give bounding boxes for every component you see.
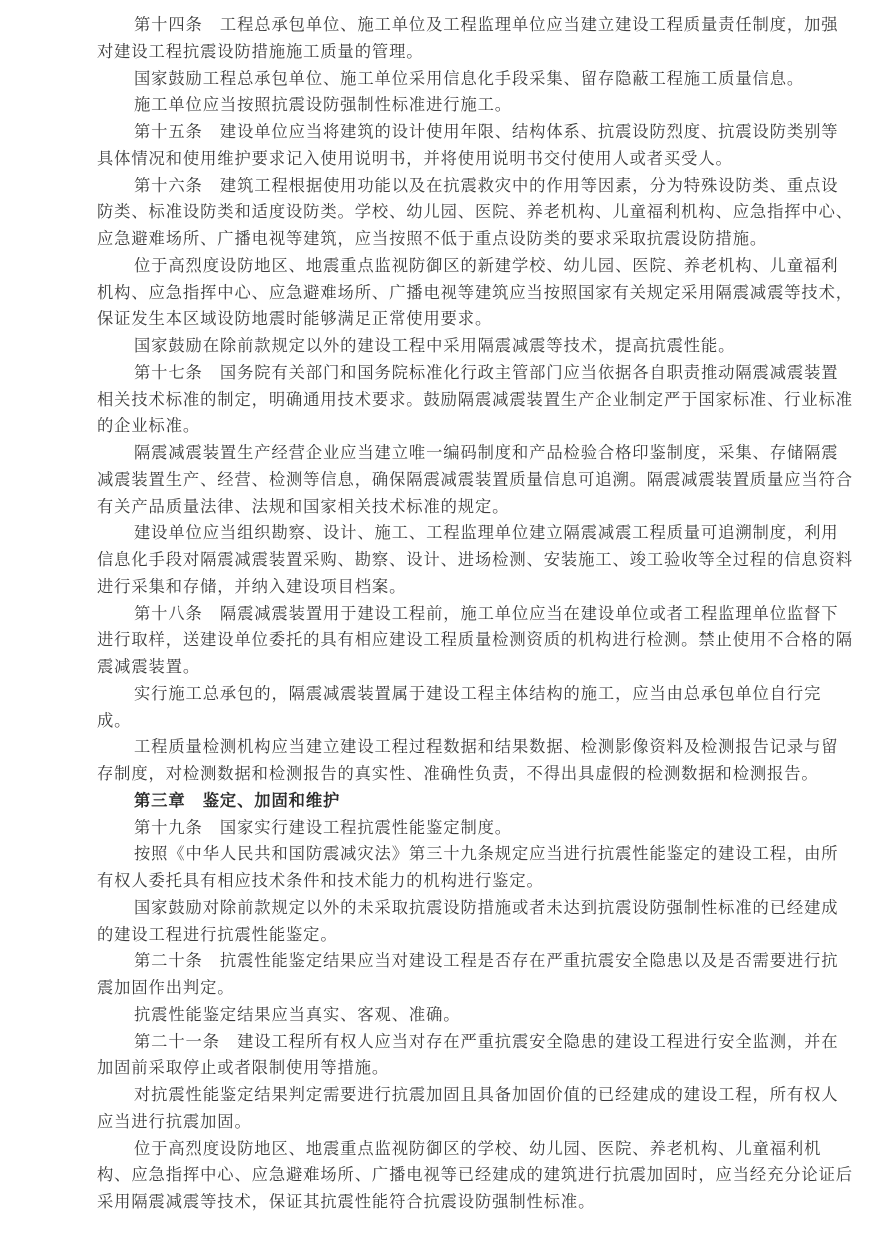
text-line: 减震装置生产、经营、检测等信息，确保隔震减震装置质量信息可追溯。隔震减震装置质量… <box>97 467 791 494</box>
text-line: 构、应急指挥中心、应急避难场所、广播电视等已经建成的建筑进行抗震加固时，应当经充… <box>97 1162 791 1189</box>
text-line: 位于高烈度设防地区、地震重点监视防御区的新建学校、幼儿园、医院、养老机构、儿童福… <box>97 253 791 280</box>
text-line: 震加固作出判定。 <box>97 975 791 1002</box>
text-line: 应急避难场所、广播电视等建筑，应当按照不低于重点设防类的要求采取抗震设防措施。 <box>97 226 791 253</box>
paragraph: 第十四条 工程总承包单位、施工单位及工程监理单位应当建立建设工程质量责任制度，加… <box>97 12 791 66</box>
paragraph: 国家鼓励在除前款规定以外的建设工程中采用隔震减震等技术，提高抗震性能。 <box>97 333 791 360</box>
text-line: 的企业标准。 <box>97 413 791 440</box>
text-line: 位于高烈度设防地区、地震重点监视防御区的学校、幼儿园、医院、养老机构、儿童福利机 <box>97 1136 791 1163</box>
paragraph: 第十八条 隔震减震装置用于建设工程前，施工单位应当在建设单位或者工程监理单位监督… <box>97 601 791 681</box>
text-line: 国家鼓励对除前款规定以外的未采取抗震设防措施或者未达到抗震设防强制性标准的已经建… <box>97 895 791 922</box>
text-line: 成。 <box>97 708 791 735</box>
paragraph: 第二十一条 建设工程所有权人应当对存在严重抗震安全隐患的建设工程进行安全监测，并… <box>97 1029 791 1083</box>
text-line: 第十八条 隔震减震装置用于建设工程前，施工单位应当在建设单位或者工程监理单位监督… <box>97 601 791 628</box>
paragraph: 第二十条 抗震性能鉴定结果应当对建设工程是否存在严重抗震安全隐患以及是否需要进行… <box>97 948 791 1002</box>
paragraph: 第十六条 建筑工程根据使用功能以及在抗震救灾中的作用等因素，分为特殊设防类、重点… <box>97 173 791 253</box>
text-line: 隔震减震装置生产经营企业应当建立唯一编码制度和产品检验合格印鉴制度，采集、存储隔… <box>97 440 791 467</box>
text-line: 第十六条 建筑工程根据使用功能以及在抗震救灾中的作用等因素，分为特殊设防类、重点… <box>97 173 791 200</box>
document-page: 第十四条 工程总承包单位、施工单位及工程监理单位应当建立建设工程质量责任制度，加… <box>97 12 791 1216</box>
text-line: 国家鼓励工程总承包单位、施工单位采用信息化手段采集、留存隐蔽工程施工质量信息。 <box>97 66 791 93</box>
text-line: 国家鼓励在除前款规定以外的建设工程中采用隔震减震等技术，提高抗震性能。 <box>97 333 791 360</box>
text-line: 对建设工程抗震设防措施施工质量的管理。 <box>97 39 791 66</box>
paragraph: 工程质量检测机构应当建立建设工程过程数据和结果数据、检测影像资料及检测报告记录与… <box>97 734 791 788</box>
text-line: 第二十一条 建设工程所有权人应当对存在严重抗震安全隐患的建设工程进行安全监测，并… <box>97 1029 791 1056</box>
paragraph: 第十五条 建设单位应当将建筑的设计使用年限、结构体系、抗震设防烈度、抗震设防类别… <box>97 119 791 173</box>
text-line: 第二十条 抗震性能鉴定结果应当对建设工程是否存在严重抗震安全隐患以及是否需要进行… <box>97 948 791 975</box>
text-line: 的建设工程进行抗震性能鉴定。 <box>97 922 791 949</box>
text-line: 实行施工总承包的，隔震减震装置属于建设工程主体结构的施工，应当由总承包单位自行完 <box>97 681 791 708</box>
text-line: 抗震性能鉴定结果应当真实、客观、准确。 <box>97 1002 791 1029</box>
text-line: 第十九条 国家实行建设工程抗震性能鉴定制度。 <box>97 815 791 842</box>
text-line: 按照《中华人民共和国防震减灾法》第三十九条规定应当进行抗震性能鉴定的建设工程，由… <box>97 841 791 868</box>
paragraph: 建设单位应当组织勘察、设计、施工、工程监理单位建立隔震减震工程质量可追溯制度，利… <box>97 520 791 600</box>
text-line: 工程质量检测机构应当建立建设工程过程数据和结果数据、检测影像资料及检测报告记录与… <box>97 734 791 761</box>
text-line: 信息化手段对隔震减震装置采购、勘察、设计、进场检测、安装施工、竣工验收等全过程的… <box>97 547 791 574</box>
text-line: 第十七条 国务院有关部门和国务院标准化行政主管部门应当依据各自职责推动隔震减震装… <box>97 360 791 387</box>
text-line: 震减震装置。 <box>97 654 791 681</box>
text-line: 施工单位应当按照抗震设防强制性标准进行施工。 <box>97 92 791 119</box>
text-line: 第十四条 工程总承包单位、施工单位及工程监理单位应当建立建设工程质量责任制度，加… <box>97 12 791 39</box>
text-line: 第十五条 建设单位应当将建筑的设计使用年限、结构体系、抗震设防烈度、抗震设防类别… <box>97 119 791 146</box>
chapter-heading: 第三章 鉴定、加固和维护 <box>97 788 791 815</box>
paragraph: 第十九条 国家实行建设工程抗震性能鉴定制度。 <box>97 815 791 842</box>
paragraph: 第十七条 国务院有关部门和国务院标准化行政主管部门应当依据各自职责推动隔震减震装… <box>97 360 791 440</box>
text-line: 相关技术标准的制定，明确通用技术要求。鼓励隔震减震装置生产企业制定严于国家标准、… <box>97 387 791 414</box>
text-line: 建设单位应当组织勘察、设计、施工、工程监理单位建立隔震减震工程质量可追溯制度，利… <box>97 520 791 547</box>
paragraph: 位于高烈度设防地区、地震重点监视防御区的新建学校、幼儿园、医院、养老机构、儿童福… <box>97 253 791 333</box>
text-line: 进行取样，送建设单位委托的具有相应建设工程质量检测资质的机构进行检测。禁止使用不… <box>97 627 791 654</box>
text-line: 应当进行抗震加固。 <box>97 1109 791 1136</box>
paragraph: 施工单位应当按照抗震设防强制性标准进行施工。 <box>97 92 791 119</box>
paragraph: 对抗震性能鉴定结果判定需要进行抗震加固且具备加固价值的已经建成的建设工程，所有权… <box>97 1082 791 1136</box>
text-line: 有关产品质量法律、法规和国家相关技术标准的规定。 <box>97 494 791 521</box>
text-line: 对抗震性能鉴定结果判定需要进行抗震加固且具备加固价值的已经建成的建设工程，所有权… <box>97 1082 791 1109</box>
text-line: 存制度，对检测数据和检测报告的真实性、准确性负责，不得出具虚假的检测数据和检测报… <box>97 761 791 788</box>
paragraph: 国家鼓励对除前款规定以外的未采取抗震设防措施或者未达到抗震设防强制性标准的已经建… <box>97 895 791 949</box>
text-line: 具体情况和使用维护要求记入使用说明书，并将使用说明书交付使用人或者买受人。 <box>97 146 791 173</box>
text-line: 采用隔震减震等技术，保证其抗震性能符合抗震设防强制性标准。 <box>97 1189 791 1216</box>
text-line: 有权人委托具有相应技术条件和技术能力的机构进行鉴定。 <box>97 868 791 895</box>
paragraph: 实行施工总承包的，隔震减震装置属于建设工程主体结构的施工，应当由总承包单位自行完… <box>97 681 791 735</box>
paragraph: 位于高烈度设防地区、地震重点监视防御区的学校、幼儿园、医院、养老机构、儿童福利机… <box>97 1136 791 1216</box>
text-line: 进行采集和存储，并纳入建设项目档案。 <box>97 574 791 601</box>
paragraph: 隔震减震装置生产经营企业应当建立唯一编码制度和产品检验合格印鉴制度，采集、存储隔… <box>97 440 791 520</box>
paragraph: 按照《中华人民共和国防震减灾法》第三十九条规定应当进行抗震性能鉴定的建设工程，由… <box>97 841 791 895</box>
paragraph: 抗震性能鉴定结果应当真实、客观、准确。 <box>97 1002 791 1029</box>
text-line: 防类、标准设防类和适度设防类。学校、幼儿园、医院、养老机构、儿童福利机构、应急指… <box>97 199 791 226</box>
text-line: 加固前采取停止或者限制使用等措施。 <box>97 1055 791 1082</box>
paragraph: 国家鼓励工程总承包单位、施工单位采用信息化手段采集、留存隐蔽工程施工质量信息。 <box>97 66 791 93</box>
text-line: 保证发生本区域设防地震时能够满足正常使用要求。 <box>97 306 791 333</box>
text-line: 机构、应急指挥中心、应急避难场所、广播电视等建筑应当按照国家有关规定采用隔震减震… <box>97 280 791 307</box>
text-line: 第三章 鉴定、加固和维护 <box>97 788 791 815</box>
